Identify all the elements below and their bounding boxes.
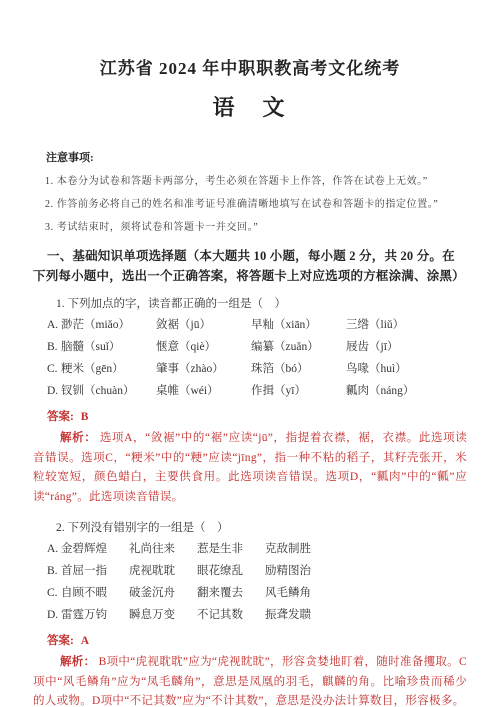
question-2-option-c: C. 自顾不暇 破釜沉舟 翻来覆去 风毛鳞角 bbox=[47, 586, 467, 601]
answer-value: A bbox=[81, 635, 89, 647]
option-item: 不记其数 bbox=[197, 608, 265, 623]
analysis-label: 解析： bbox=[60, 656, 95, 668]
subject-title: 语 文 bbox=[0, 91, 500, 122]
option-item: 敛裾（jū） bbox=[156, 318, 251, 333]
exam-title: 江苏省 2024 年中职职教高考文化统考 bbox=[0, 54, 500, 79]
option-label: C. bbox=[47, 362, 61, 377]
option-item: 雷霆万钧 bbox=[61, 608, 129, 623]
question-2-answer-line: 答案: A bbox=[47, 632, 467, 648]
option-item: 虎视耽耽 bbox=[129, 564, 197, 579]
option-item: 三绺（liǔ） bbox=[346, 318, 467, 333]
option-item: 首屈一指 bbox=[61, 564, 129, 579]
section-heading: 一、基础知识单项选择题（本大题共 10 小题，每小题 2 分，共 20 分。在下… bbox=[33, 246, 467, 286]
option-item: 编纂（zuǎn） bbox=[251, 340, 346, 355]
answer-value: B bbox=[81, 411, 89, 423]
option-item: 渺茫（miǎo） bbox=[61, 318, 156, 333]
option-item: 克敌制胜 bbox=[265, 542, 467, 557]
option-item: 自顾不暇 bbox=[61, 586, 129, 601]
answer-label: 答案: bbox=[47, 411, 74, 423]
notice-heading: 注意事项: bbox=[46, 149, 467, 165]
option-label: D. bbox=[47, 384, 61, 399]
option-item: 惬意（qiè） bbox=[156, 340, 251, 355]
option-item: 珠箔（bó） bbox=[251, 362, 346, 377]
question-2-option-a: A. 金碧辉煌 礼尚往来 惹是生非 克敌制胜 bbox=[47, 542, 467, 557]
option-item: 鸟喙（huì） bbox=[346, 362, 467, 377]
question-1-analysis: 解析： 选项A，“敛裾”中的“裾”应读“jū”，指提着衣襟，裾，衣襟。此选项读音… bbox=[33, 429, 467, 507]
option-label: A. bbox=[47, 318, 61, 333]
notice-item-3: 3. 考试结束时，须将试卷和答题卡一并交回。” bbox=[45, 221, 467, 234]
option-item: 瓤肉（náng） bbox=[346, 384, 467, 399]
option-item: 破釜沉舟 bbox=[129, 586, 197, 601]
option-label: C. bbox=[47, 586, 61, 601]
option-item: 桌帷（wéi） bbox=[156, 384, 251, 399]
page-content: 注意事项: 1. 本卷分为试卷和答题卡两部分，考生必须在答题卡上作答，作答在试卷… bbox=[0, 149, 500, 707]
question-2-option-b: B. 首屈一指 虎视耽耽 眼花缭乱 励精图治 bbox=[47, 564, 467, 579]
question-1-option-c: C. 粳米（gēn） 肇事（zhào） 珠箔（bó） 鸟喙（huì） bbox=[47, 362, 467, 377]
option-item: 作揖（yī） bbox=[251, 384, 346, 399]
option-item: 风毛鳞角 bbox=[265, 586, 467, 601]
question-2-stem: 2. 下列没有错别字的一组是（ ） bbox=[56, 519, 467, 535]
option-item: 瞬息万变 bbox=[129, 608, 197, 623]
question-1-option-d: D. 钗钏（chuàn） 桌帷（wéi） 作揖（yī） 瓤肉（náng） bbox=[47, 384, 467, 399]
analysis-text: B项中“虎视耽耽”应为“虎视眈眈”，形容贪婪地盯着，随时准备攫取。C项中“风毛鳞… bbox=[33, 656, 467, 707]
option-item: 脑髓（suǐ） bbox=[61, 340, 156, 355]
option-label: B. bbox=[47, 564, 61, 579]
notice-item-1: 1. 本卷分为试卷和答题卡两部分，考生必须在答题卡上作答，作答在试卷上无效。” bbox=[45, 175, 467, 188]
notice-item-2: 2. 作答前务必将自己的姓名和准考证号准确清晰地填写在试卷和答题卡的指定位置。” bbox=[45, 198, 467, 211]
option-item: 早籼（xiān） bbox=[251, 318, 346, 333]
question-1-stem: 1. 下列加点的字，读音都正确的一组是（ ） bbox=[56, 295, 467, 311]
question-1: 1. 下列加点的字，读音都正确的一组是（ ） A. 渺茫（miǎo） 敛裾（jū… bbox=[33, 295, 467, 507]
exam-paper-page: 江苏省 2024 年中职职教高考文化统考 语 文 注意事项: 1. 本卷分为试卷… bbox=[0, 0, 500, 707]
question-2: 2. 下列没有错别字的一组是（ ） A. 金碧辉煌 礼尚往来 惹是生非 克敌制胜… bbox=[33, 519, 467, 707]
option-item: 钗钏（chuàn） bbox=[61, 384, 156, 399]
question-1-option-a: A. 渺茫（miǎo） 敛裾（jū） 早籼（xiān） 三绺（liǔ） bbox=[47, 318, 467, 333]
question-2-option-d: D. 雷霆万钧 瞬息万变 不记其数 振聋发聩 bbox=[47, 608, 467, 623]
option-item: 翻来覆去 bbox=[197, 586, 265, 601]
option-item: 肇事（zhào） bbox=[156, 362, 251, 377]
option-item: 粳米（gēn） bbox=[61, 362, 156, 377]
option-item: 礼尚往来 bbox=[129, 542, 197, 557]
option-label: D. bbox=[47, 608, 61, 623]
question-1-option-b: B. 脑髓（suǐ） 惬意（qiè） 编纂（zuǎn） 屐齿（jī） bbox=[47, 340, 467, 355]
analysis-label: 解析： bbox=[60, 432, 96, 444]
answer-label: 答案: bbox=[47, 635, 74, 647]
option-label: A. bbox=[47, 542, 61, 557]
option-item: 眼花缭乱 bbox=[197, 564, 265, 579]
option-item: 屐齿（jī） bbox=[346, 340, 467, 355]
option-item: 振聋发聩 bbox=[265, 608, 467, 623]
option-item: 励精图治 bbox=[265, 564, 467, 579]
question-1-answer-line: 答案: B bbox=[47, 408, 467, 424]
analysis-text: 选项A，“敛裾”中的“裾”应读“jū”，指提着衣襟，裾，衣襟。此选项读音错误。选… bbox=[33, 432, 467, 503]
option-label: B. bbox=[47, 340, 61, 355]
option-item: 金碧辉煌 bbox=[61, 542, 129, 557]
option-item: 惹是生非 bbox=[197, 542, 265, 557]
question-2-analysis: 解析： B项中“虎视耽耽”应为“虎视眈眈”，形容贪婪地盯着，随时准备攫取。C项中… bbox=[33, 653, 467, 707]
